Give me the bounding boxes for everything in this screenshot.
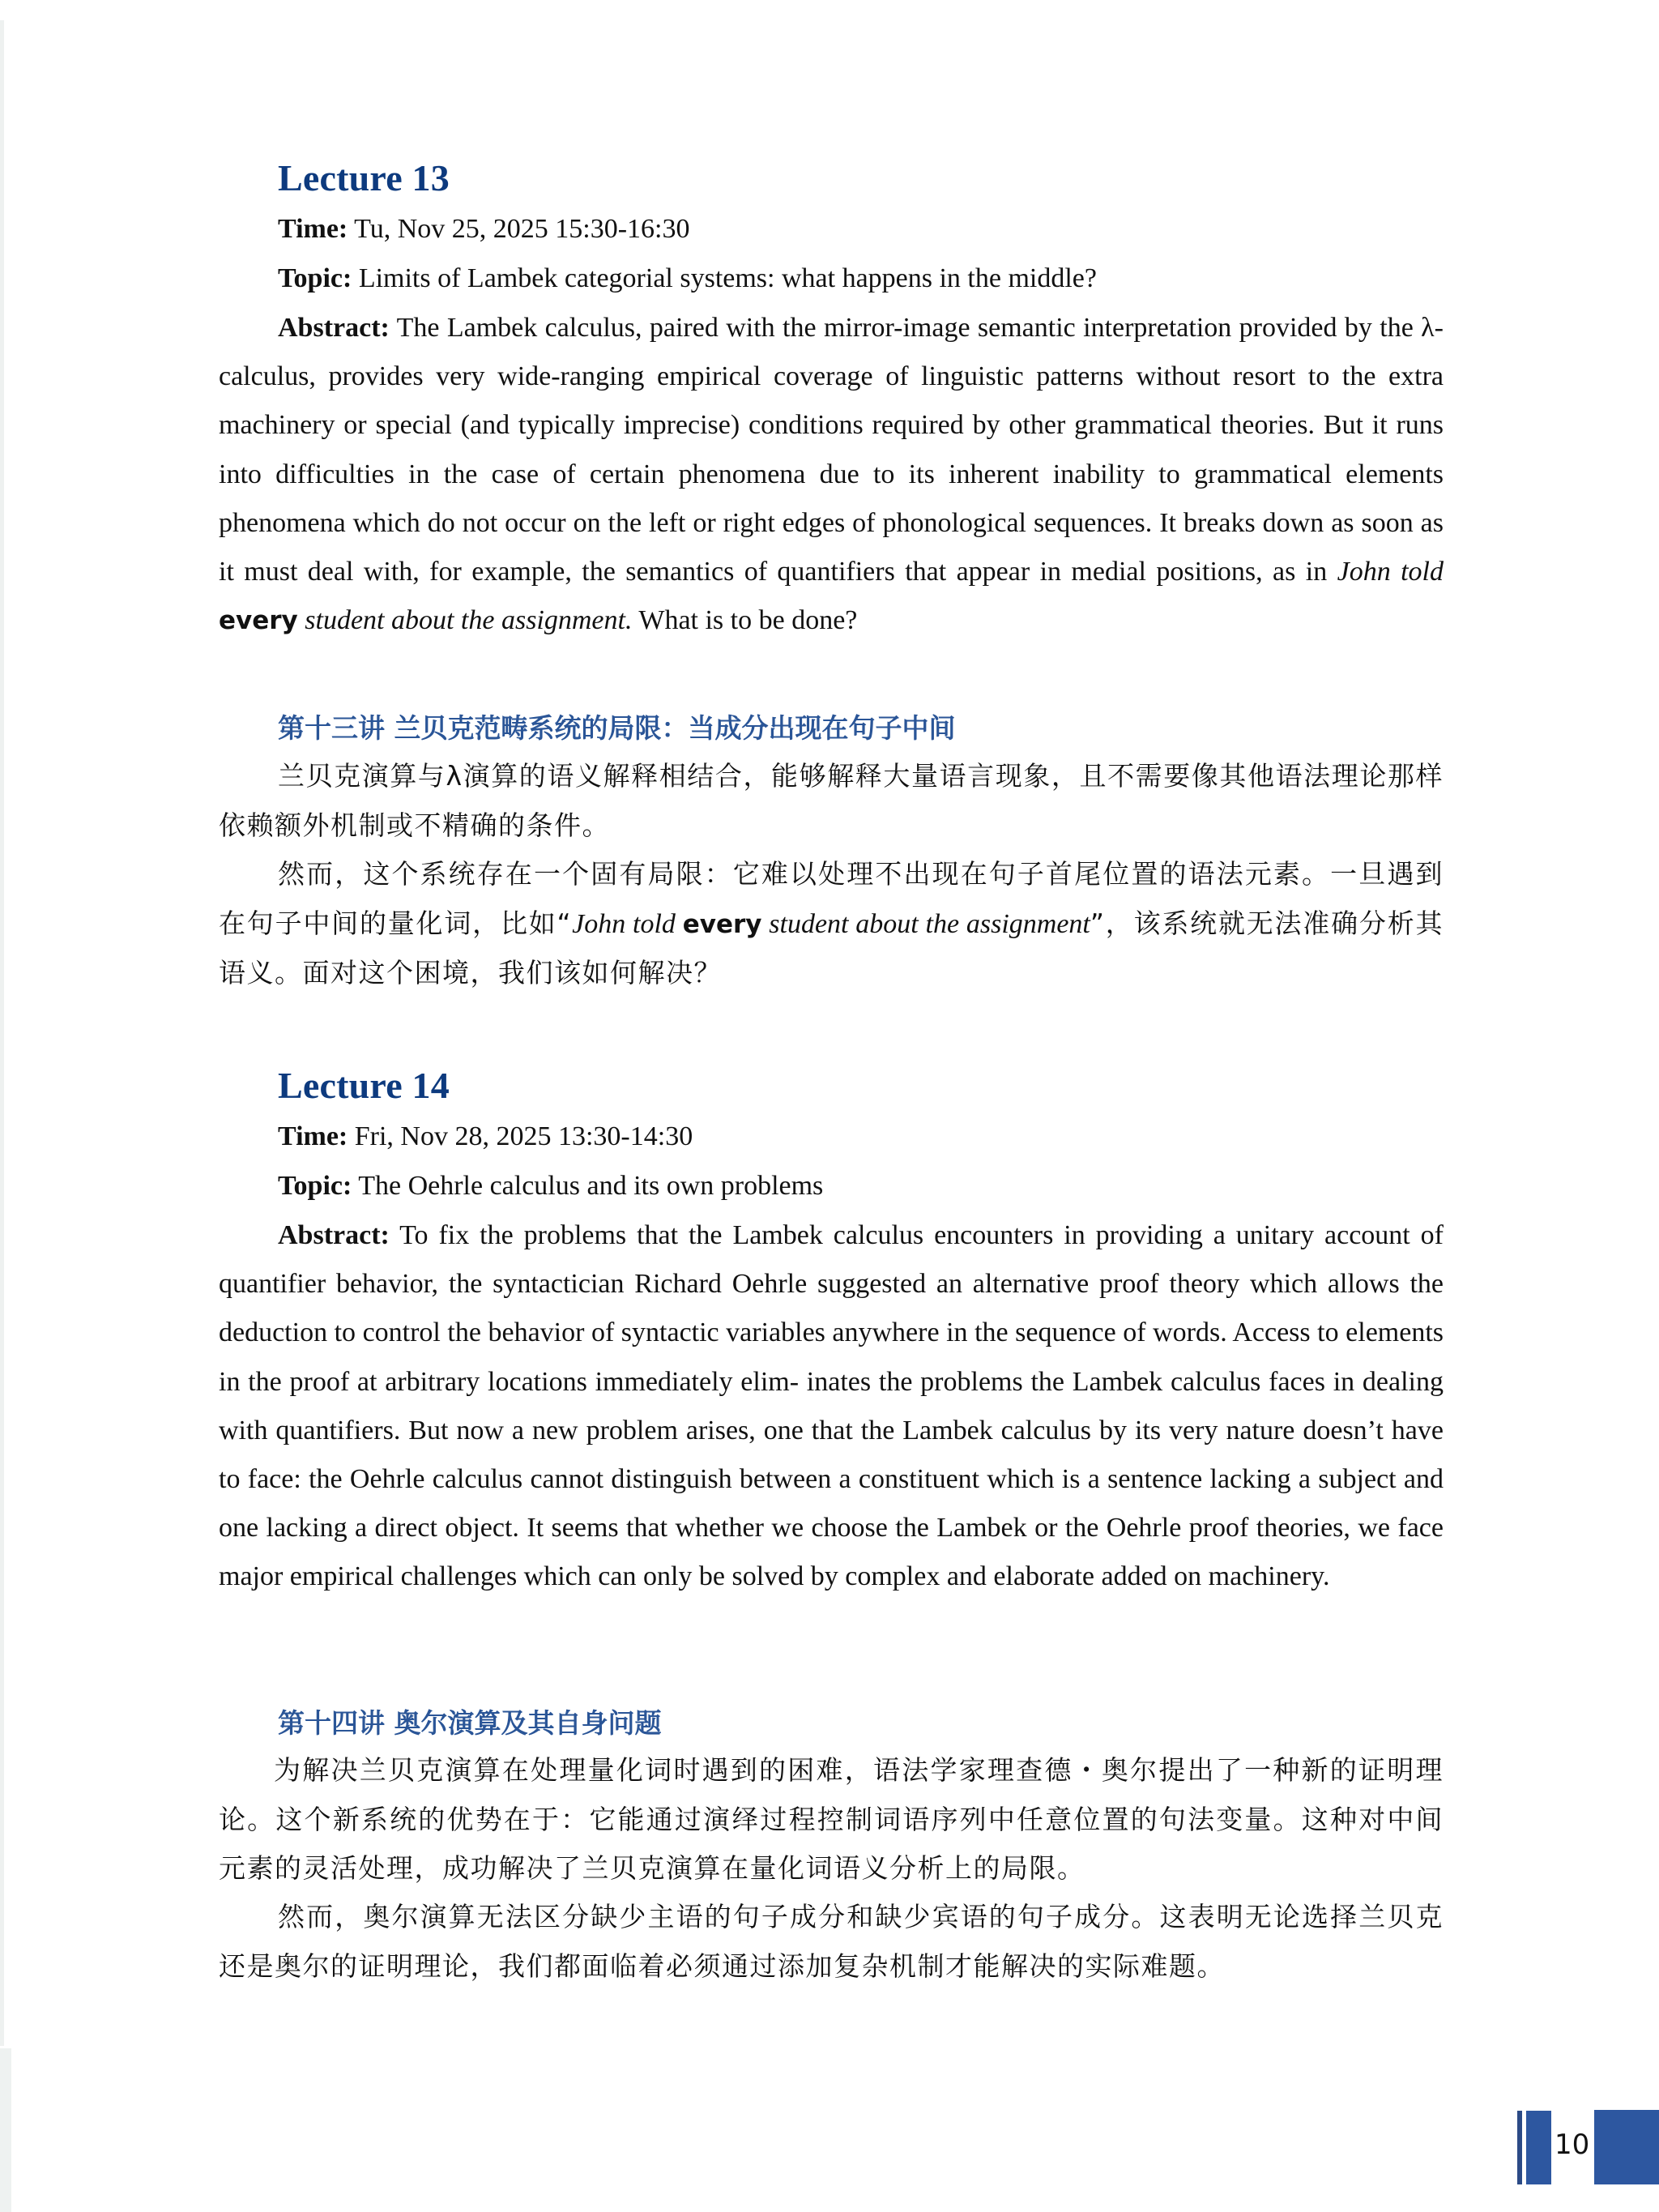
time-label: Time:: [278, 214, 348, 244]
page-tab-block: [1594, 2110, 1659, 2184]
time-label: Time:: [278, 1121, 348, 1151]
lecture-title: Lecture 14: [278, 1067, 450, 1104]
example-quantifier: every: [683, 910, 762, 939]
abstract-text: To fix the problems that the Lambek calc…: [219, 1220, 1444, 1591]
abstract-label: Abstract:: [278, 313, 390, 343]
abstract-text: The Lambek calculus, paired with the mir…: [219, 313, 1444, 587]
lecture-title: Lecture 13: [278, 160, 450, 197]
topic-label: Topic:: [278, 1171, 352, 1201]
time-value: Tu, Nov 25, 2025 15:30-16:30: [348, 214, 689, 244]
cn-paragraph: 然而，奥尔演算无法区分缺少主语的句子成分和缺少宾语的句子成分。这表明无论选择兰贝…: [219, 1893, 1444, 1991]
topic-value: Limits of Lambek categorial systems: wha…: [352, 263, 1097, 293]
cn-paragraph: 为解决兰贝克演算在处理量化词时遇到的困难，语法学家理查德・奥尔提出了一种新的证明…: [219, 1746, 1444, 1894]
lecture-time: Time: Tu, Nov 25, 2025 15:30-16:30: [278, 216, 689, 243]
topic-value: The Oehrle calculus and its own problems: [352, 1171, 823, 1201]
example-sentence: John told every student about the assign…: [572, 909, 1090, 939]
lecture-abstract: Abstract: To fix the problems that the L…: [219, 1211, 1444, 1602]
abstract-tail: What is to be done?: [632, 605, 857, 635]
cn-paragraph: 兰贝克演算与λ演算的语义解释相结合，能够解释大量语言现象，且不需要像其他语法理论…: [219, 752, 1444, 850]
example-pre: John told: [1337, 557, 1444, 587]
page-tab-thin-bar: [1517, 2111, 1522, 2184]
cn-lecture-title: 第十四讲 奥尔演算及其自身问题: [278, 1710, 662, 1736]
lecture-time: Time: Fri, Nov 28, 2025 13:30-14:30: [278, 1123, 693, 1151]
example-quantifier: every: [219, 606, 298, 635]
lecture-topic: Topic: The Oehrle calculus and its own p…: [278, 1172, 823, 1200]
cn-paragraph: 然而，这个系统存在一个固有局限：它难以处理不出现在句子首尾位置的语法元素。一旦遇…: [219, 850, 1444, 998]
example-pre: John told: [572, 909, 683, 939]
page-number: 10: [1555, 2131, 1589, 2159]
page-number-tab: 10: [1517, 2110, 1659, 2184]
time-value: Fri, Nov 28, 2025 13:30-14:30: [348, 1121, 693, 1151]
example-post: student about the assignment.: [298, 605, 633, 635]
page-edge-shadow: [0, 20, 4, 2046]
topic-label: Topic:: [278, 263, 352, 293]
page-tab-bar: [1526, 2111, 1551, 2184]
example-post: student about the assignment: [761, 909, 1090, 939]
abstract-label: Abstract:: [278, 1220, 390, 1250]
page-edge-shadow: [0, 2048, 11, 2212]
lecture-abstract: Abstract: The Lambek calculus, paired wi…: [219, 304, 1444, 645]
lecture-topic: Topic: Limits of Lambek categorial syste…: [278, 265, 1097, 293]
cn-lecture-title: 第十三讲 兰贝克范畴系统的局限：当成分出现在句子中间: [278, 715, 956, 741]
